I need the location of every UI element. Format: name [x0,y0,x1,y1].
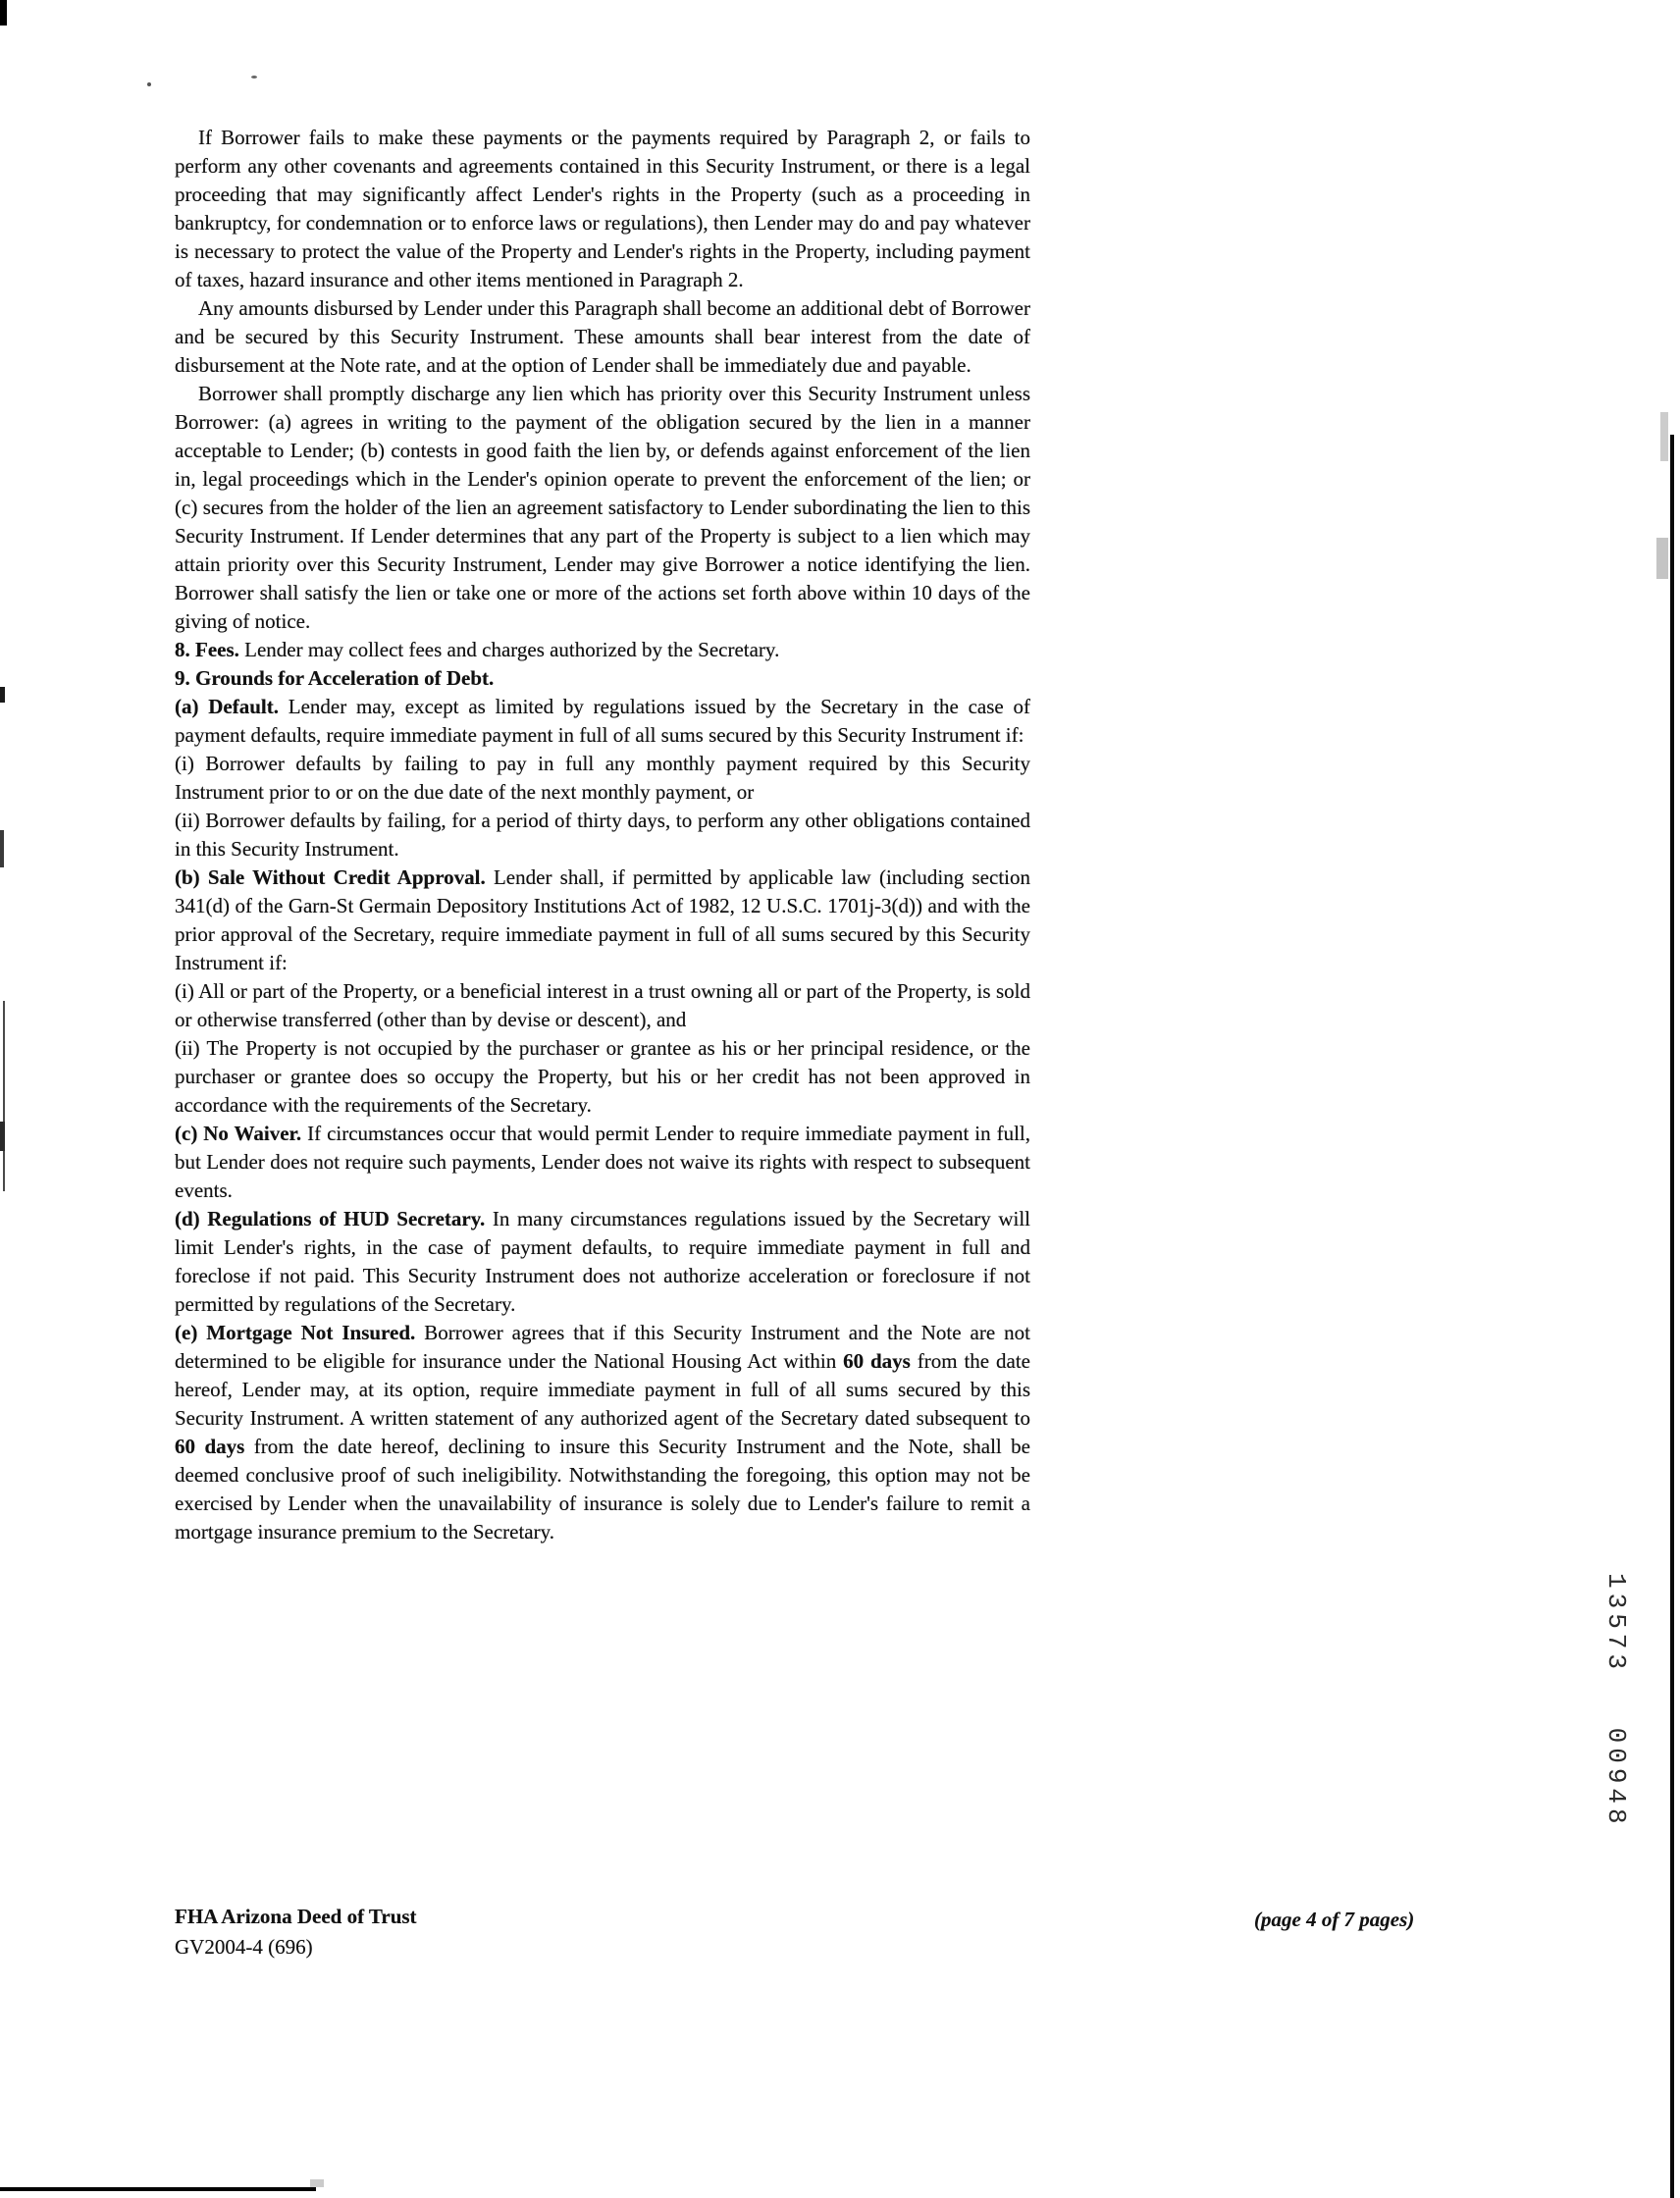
form-title-block: FHA Arizona Deed of Trust GV2004-4 (696) [175,1902,417,1962]
form-number: GV2004-4 (696) [175,1932,417,1962]
scan-artifact-left-edge-tick [0,687,5,703]
scan-artifact-speck [310,2179,324,2187]
page-number-note: (page 4 of 7 pages) [1254,1908,1414,1932]
scan-artifact-left-edge-tick [0,1122,5,1151]
scan-artifact-speck [251,76,257,78]
paragraph-lender-protection: If Borrower fails to make these payments… [175,124,1030,294]
margin-stamp-number: 13573 00948 [1601,1573,1631,1829]
item-c-no-waiver: (c) No Waiver. If circumstances occur th… [175,1120,1030,1205]
scan-artifact-left-edge-hairline [3,1001,5,1191]
item-b-label: (b) Sale Without Credit Approval. [175,865,494,889]
scan-artifact-speck [147,82,151,86]
item-b-sale-without-credit-approval: (b) Sale Without Credit Approval. Lender… [175,863,1030,977]
item-e-60days-1: 60 days [843,1349,911,1373]
scan-artifact-left-edge-tick [0,830,4,867]
scan-artifact-smudge [1656,538,1668,579]
paragraph-discharge-lien: Borrower shall promptly discharge any li… [175,380,1030,636]
item-e-label: (e) Mortgage Not Insured. [175,1321,424,1344]
form-title: FHA Arizona Deed of Trust [175,1902,417,1932]
scan-artifact-top-left-bar [0,0,7,26]
item-e-60days-2: 60 days [175,1435,244,1458]
item-a-ii: (ii) Borrower defaults by failing, for a… [175,807,1030,863]
scan-artifact-smudge [1660,412,1668,461]
item-d-hud-regulations: (d) Regulations of HUD Secretary. In man… [175,1205,1030,1319]
item-d-label: (d) Regulations of HUD Secretary. [175,1207,493,1230]
item-a-i: (i) Borrower defaults by failing to pay … [175,750,1030,807]
section-9-heading: 9. Grounds for Acceleration of Debt. [175,664,1030,693]
item-a-default: (a) Default. Lender may, except as limit… [175,693,1030,750]
document-body: If Borrower fails to make these payments… [175,124,1030,1546]
scan-artifact-right-edge-line [1670,435,1674,2198]
item-b-i: (i) All or part of the Property, or a be… [175,977,1030,1034]
item-e-mortgage-not-insured: (e) Mortgage Not Insured. Borrower agree… [175,1319,1030,1546]
section-8-fees: 8. Fees. Lender may collect fees and cha… [175,636,1030,664]
section-8-text: Lender may collect fees and charges auth… [239,638,779,661]
item-a-text: Lender may, except as limited by regulat… [175,695,1030,747]
item-c-label: (c) No Waiver. [175,1122,307,1145]
scan-artifact-bottom-edge-line [0,2187,316,2191]
paragraph-amounts-disbursed: Any amounts disbursed by Lender under th… [175,294,1030,380]
section-8-label: 8. Fees. [175,638,239,661]
item-e-text: from the date hereof, declining to insur… [175,1435,1030,1544]
item-a-label: (a) Default. [175,695,289,718]
scanned-document-page: 13573 00948 If Borrower fails to make th… [0,0,1680,2198]
item-b-ii: (ii) The Property is not occupied by the… [175,1034,1030,1120]
